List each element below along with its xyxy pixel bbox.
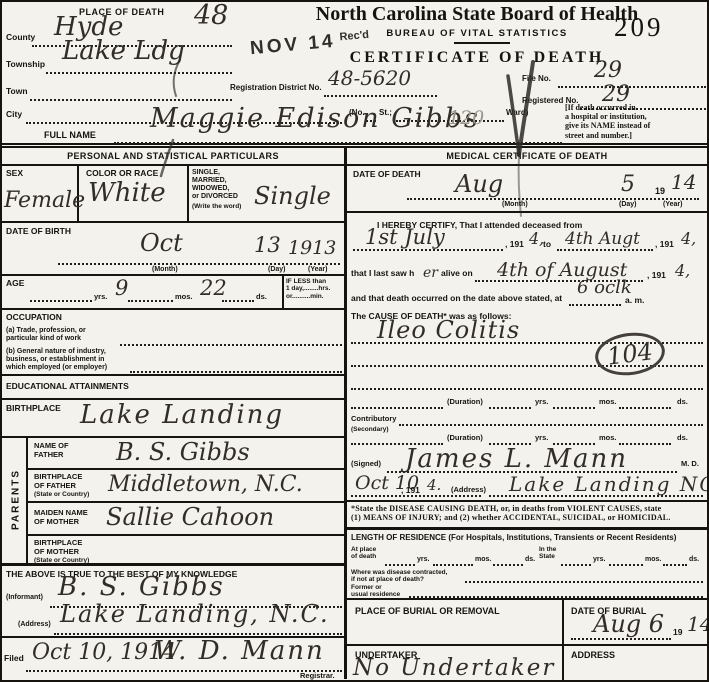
cause-line-3 (351, 388, 703, 390)
physician-signature-block: (Signed) James L. Mann M. D. Oct 10 , 19… (347, 446, 707, 500)
town-line (30, 99, 232, 101)
where-contracted-label: Where was disease contracted, if not at … (351, 569, 447, 584)
to-year-printed: , 191 (655, 240, 674, 250)
full-name-line (114, 142, 562, 144)
age-row: AGE yrs. 9 mos. 22 ds. IF LESS than 1 da… (2, 276, 344, 310)
township-line (46, 72, 232, 74)
duration-line (619, 407, 671, 409)
yrs-unit: yrs. (593, 556, 605, 564)
duration-line (553, 407, 595, 409)
cause-of-death-block: The CAUSE OF DEATH* was as follows: Ileo… (347, 308, 707, 413)
signed-year-value: 4. (427, 478, 441, 493)
informant-address-line (54, 633, 342, 635)
undertaker-value: No Undertaker (353, 657, 555, 680)
marital-value: Single (254, 184, 331, 208)
mother-name-value: Sallie Cahoon (106, 505, 274, 529)
burial-place-label: PLACE OF BURIAL OR REMOVAL (355, 606, 500, 616)
ds-unit: ds. (677, 434, 688, 443)
contributory-block: Contributory (Secondary) (Duration) yrs.… (347, 413, 707, 446)
father-birthplace-value: Middletown, N.C. (108, 474, 303, 496)
full-name-faint-number: 120 (448, 109, 484, 128)
cause-value: Ileo Colitis (377, 318, 520, 342)
alive-on-label: alive on (441, 269, 473, 279)
residence-line (609, 564, 643, 566)
occupation-b-line (130, 371, 342, 373)
death-occurred-label: and that death occurred on the date abov… (351, 294, 562, 304)
father-name-label: NAME OF FATHER (34, 442, 69, 459)
mother-name-label: MAIDEN NAME OF MOTHER (34, 509, 88, 526)
dob-label: DATE OF BIRTH (6, 227, 71, 237)
from-year-value: 4, (529, 231, 544, 247)
last-saw-prefix: that I last saw h (351, 269, 414, 279)
signed-label: (Signed) (351, 460, 381, 469)
residence-line (385, 564, 415, 566)
registrar-label: Registrar. (300, 672, 335, 681)
father-name-value: B. S. Gibbs (116, 440, 250, 464)
former-residence-label: Former or usual residence (351, 584, 400, 599)
year-hint: (Year) (663, 201, 682, 209)
dod-year-value: 14 (671, 172, 696, 192)
last-saw-year-printed: , 191 (647, 271, 666, 281)
burial-row: PLACE OF BURIAL OR REMOVAL DATE OF BURIA… (347, 600, 707, 646)
file-no-value: 29 (594, 60, 622, 82)
right-title-row: MEDICAL CERTIFICATE OF DEATH (347, 148, 707, 166)
death-time-value: 6 oclk (577, 279, 632, 297)
occupation-a-label: (a) Trade, profession, or particular kin… (6, 327, 86, 343)
race-value: White (88, 180, 166, 206)
residence-line (561, 564, 591, 566)
attended-from-line (353, 249, 503, 251)
header-rule (454, 42, 510, 44)
from-year-printed: , 191 (505, 240, 524, 250)
am-label: a. m. (625, 296, 644, 306)
city-label: City (6, 110, 22, 120)
parents-group: PARENTS NAME OF FATHER B. S. Gibbs BIRTH… (2, 438, 344, 566)
informant-label: (Informant) (6, 594, 43, 602)
age-ds-unit: ds. (256, 293, 267, 302)
informant-address-value: Lake Landing, N.C. (60, 602, 330, 626)
yrs-unit: yrs. (417, 556, 429, 564)
registration-district-value: 48-5620 (328, 68, 411, 88)
age-months-value: 9 (115, 278, 128, 299)
cause-footnote: *State the DISEASE CAUSING DEATH, or, in… (351, 504, 671, 522)
file-no-line (558, 86, 706, 88)
age-label: AGE (6, 279, 24, 289)
left-section-title: PERSONAL AND STATISTICAL PARTICULARS (2, 151, 344, 161)
duration-line (351, 407, 443, 409)
dob-line (58, 263, 340, 265)
registration-district-line (324, 95, 437, 97)
ds-unit: ds. (525, 556, 535, 564)
state-or-country-hint: (State or Country) (34, 557, 89, 564)
cell-divider (187, 166, 189, 221)
file-no-label: File No. (522, 74, 551, 83)
year-hint: (Year) (308, 266, 327, 274)
ds-unit: ds. (677, 398, 688, 407)
cell-divider (562, 600, 564, 644)
dob-month-value: Oct (140, 231, 183, 255)
age-line (128, 300, 173, 302)
burial-year-value: 14 (687, 614, 709, 634)
attended-to-line (557, 249, 653, 251)
full-name-label: FULL NAME (44, 130, 96, 140)
occupation-b-label: (b) General nature of industry, business… (6, 348, 107, 372)
sex-race-marital-row: SEX COLOR OR RACE SINGLE, MARRIED, WIDOW… (2, 166, 344, 223)
cause-code-circle: 104 (593, 329, 668, 379)
day-hint: (Day) (619, 201, 637, 209)
father-birthplace-label: BIRTHPLACE OF FATHER (34, 473, 82, 490)
ward-label: Ward) (506, 108, 528, 117)
dob-year-value: 1913 (288, 239, 336, 258)
dod-label: DATE OF DEATH (353, 170, 421, 180)
age-days-value: 22 (200, 278, 227, 299)
birthplace-value: Lake Landing (80, 402, 284, 428)
if-less-note: IF LESS than 1 day,........hrs. or......… (286, 278, 330, 300)
cell-divider (282, 276, 284, 308)
informant-value: B. S. Gibbs (58, 574, 225, 600)
occupation-a-line (120, 344, 342, 346)
father-birthplace-row: BIRTHPLACE OF FATHER (State or Country) … (28, 470, 344, 503)
certify-block: I HEREBY CERTIFY, That I attended deceas… (347, 213, 707, 308)
age-line (222, 300, 254, 302)
md-label: M. D. (681, 460, 699, 469)
duration-label: (Duration) (447, 398, 483, 407)
mother-birthplace-label: BIRTHPLACE OF MOTHER (34, 539, 82, 556)
length-of-residence-block: LENGTH OF RESIDENCE (For Hospitals, Inst… (347, 530, 707, 600)
dod-day-value: 5 (621, 174, 635, 196)
left-title-row: PERSONAL AND STATISTICAL PARTICULARS (2, 148, 344, 166)
residence-line (663, 564, 687, 566)
cell-divider (562, 646, 564, 680)
cause-code-value: 104 (606, 339, 654, 368)
contracted-line (465, 581, 703, 583)
full-name-value: Maggie Edison Gibbs (150, 105, 480, 132)
footnote-row: *State the DISEASE CAUSING DEATH, or, in… (347, 500, 707, 530)
to-year-value: 4, (681, 231, 696, 247)
handwritten-number-48: 48 (194, 2, 228, 29)
last-saw-year-value: 4, (675, 263, 690, 279)
birthplace-label: BIRTHPLACE (6, 404, 61, 414)
marital-label: SINGLE, MARRIED, WIDOWED, or DIVORCED (192, 169, 238, 201)
secondary-label: (Secondary) (351, 426, 389, 433)
age-yrs-unit: yrs. (94, 293, 107, 302)
undertaker-row: UNDERTAKER No Undertaker ADDRESS (347, 646, 707, 680)
day-hint: (Day) (268, 266, 286, 274)
contributory-label: Contributory (351, 415, 396, 424)
birthplace-row: BIRTHPLACE Lake Landing (2, 400, 344, 438)
signed-address-label: (Address) (451, 486, 486, 495)
registration-district-label: Registration District No. (230, 83, 322, 92)
burial-year-printed: 19 (673, 628, 682, 638)
medical-certificate-column: MEDICAL CERTIFICATE OF DEATH DATE OF DEA… (347, 148, 707, 679)
dob-day-value: 13 (254, 235, 281, 256)
former-residence-line (409, 596, 703, 598)
occupation-label: OCCUPATION (6, 313, 62, 323)
filed-row: Filed Oct 10, 1914 W. D. Mann Registrar. (2, 638, 344, 680)
duration-line (489, 407, 531, 409)
mos-unit: mos. (599, 434, 617, 443)
month-hint: (Month) (152, 266, 178, 274)
parents-strip: PARENTS (2, 438, 28, 563)
sex-value: Female (4, 190, 85, 212)
attended-from-value: 1st July (365, 227, 445, 248)
certificate-number: 209 (614, 12, 664, 43)
marital-hint: (Write the word) (192, 203, 241, 210)
mos-unit: mos. (599, 398, 617, 407)
yrs-unit: yrs. (535, 434, 548, 443)
filed-line (26, 670, 342, 672)
township-label: Township (6, 60, 45, 70)
town-label: Town (6, 87, 28, 97)
dod-month-value: Aug (455, 172, 503, 196)
hospital-note: [If death occurred in a hospital or inst… (565, 103, 708, 140)
filed-label: Filed (4, 654, 24, 664)
ds-unit: ds. (689, 556, 699, 564)
undertaker-address-label: ADDRESS (571, 650, 615, 660)
mother-name-row: MAIDEN NAME OF MOTHER Sallie Cahoon (28, 503, 344, 536)
township-value: Lake Ldg (62, 38, 185, 64)
signed-address-value: Lake Landing NC (509, 474, 709, 494)
mos-unit: mos. (645, 556, 661, 564)
residence-line (493, 564, 523, 566)
education-row: EDUCATIONAL ATTAINMENTS (2, 376, 344, 400)
pronoun-value: er (423, 266, 438, 280)
yrs-unit: yrs. (535, 398, 548, 407)
state-or-country-hint: (State or Country) (34, 491, 89, 498)
sex-label: SEX (6, 169, 23, 179)
dod-year-printed: 19 (655, 186, 665, 196)
age-line (30, 300, 92, 302)
header-section: PLACE OF DEATH 48 County Hyde Township L… (2, 2, 707, 148)
personal-particulars-column: PERSONAL AND STATISTICAL PARTICULARS SEX… (2, 148, 347, 679)
age-mos-unit: mos. (175, 293, 193, 302)
signed-year-printed: , 191 (401, 486, 420, 496)
burial-date-value: Aug 6 (593, 612, 664, 636)
mother-birthplace-row: BIRTHPLACE OF MOTHER (State or Country) (28, 536, 344, 566)
mos-unit: mos. (475, 556, 491, 564)
org-name: North Carolina State Board of Health (310, 3, 644, 26)
to-label: to (543, 240, 551, 250)
informant-address-label: (Address) (18, 621, 51, 629)
duration-label: (Duration) (447, 434, 483, 443)
in-state-label: In the State (539, 546, 556, 561)
dod-line (407, 198, 699, 200)
physician-signature: James L. Mann (405, 446, 628, 472)
date-of-death-row: DATE OF DEATH (Month) (Day) (Year) Aug 5… (347, 166, 707, 213)
education-label: EDUCATIONAL ATTAINMENTS (6, 382, 129, 392)
residence-title: LENGTH OF RESIDENCE (For Hospitals, Inst… (351, 533, 676, 542)
parents-label: PARENTS (11, 460, 22, 540)
right-section-title: MEDICAL CERTIFICATE OF DEATH (347, 151, 707, 161)
death-certificate: PLACE OF DEATH 48 County Hyde Township L… (0, 0, 709, 682)
date-of-birth-row: DATE OF BIRTH (Month) (Day) (Year) Oct 1… (2, 223, 344, 276)
burial-date-line (571, 638, 671, 640)
county-label: County (6, 33, 35, 43)
residence-line (433, 564, 473, 566)
father-name-row: NAME OF FATHER B. S. Gibbs (28, 438, 344, 470)
contributory-line (399, 424, 703, 426)
attended-to-value: 4th Augt (565, 231, 640, 248)
registrar-signature: W. D. Mann (154, 638, 325, 664)
at-place-label: At place of death (351, 546, 376, 561)
month-hint: (Month) (502, 201, 528, 209)
informant-section: THE ABOVE IS TRUE TO THE BEST OF MY KNOW… (2, 566, 344, 638)
occupation-row: OCCUPATION (a) Trade, profession, or par… (2, 310, 344, 376)
death-time-line (569, 304, 621, 306)
stamp-recd: Rec'd (339, 29, 369, 44)
